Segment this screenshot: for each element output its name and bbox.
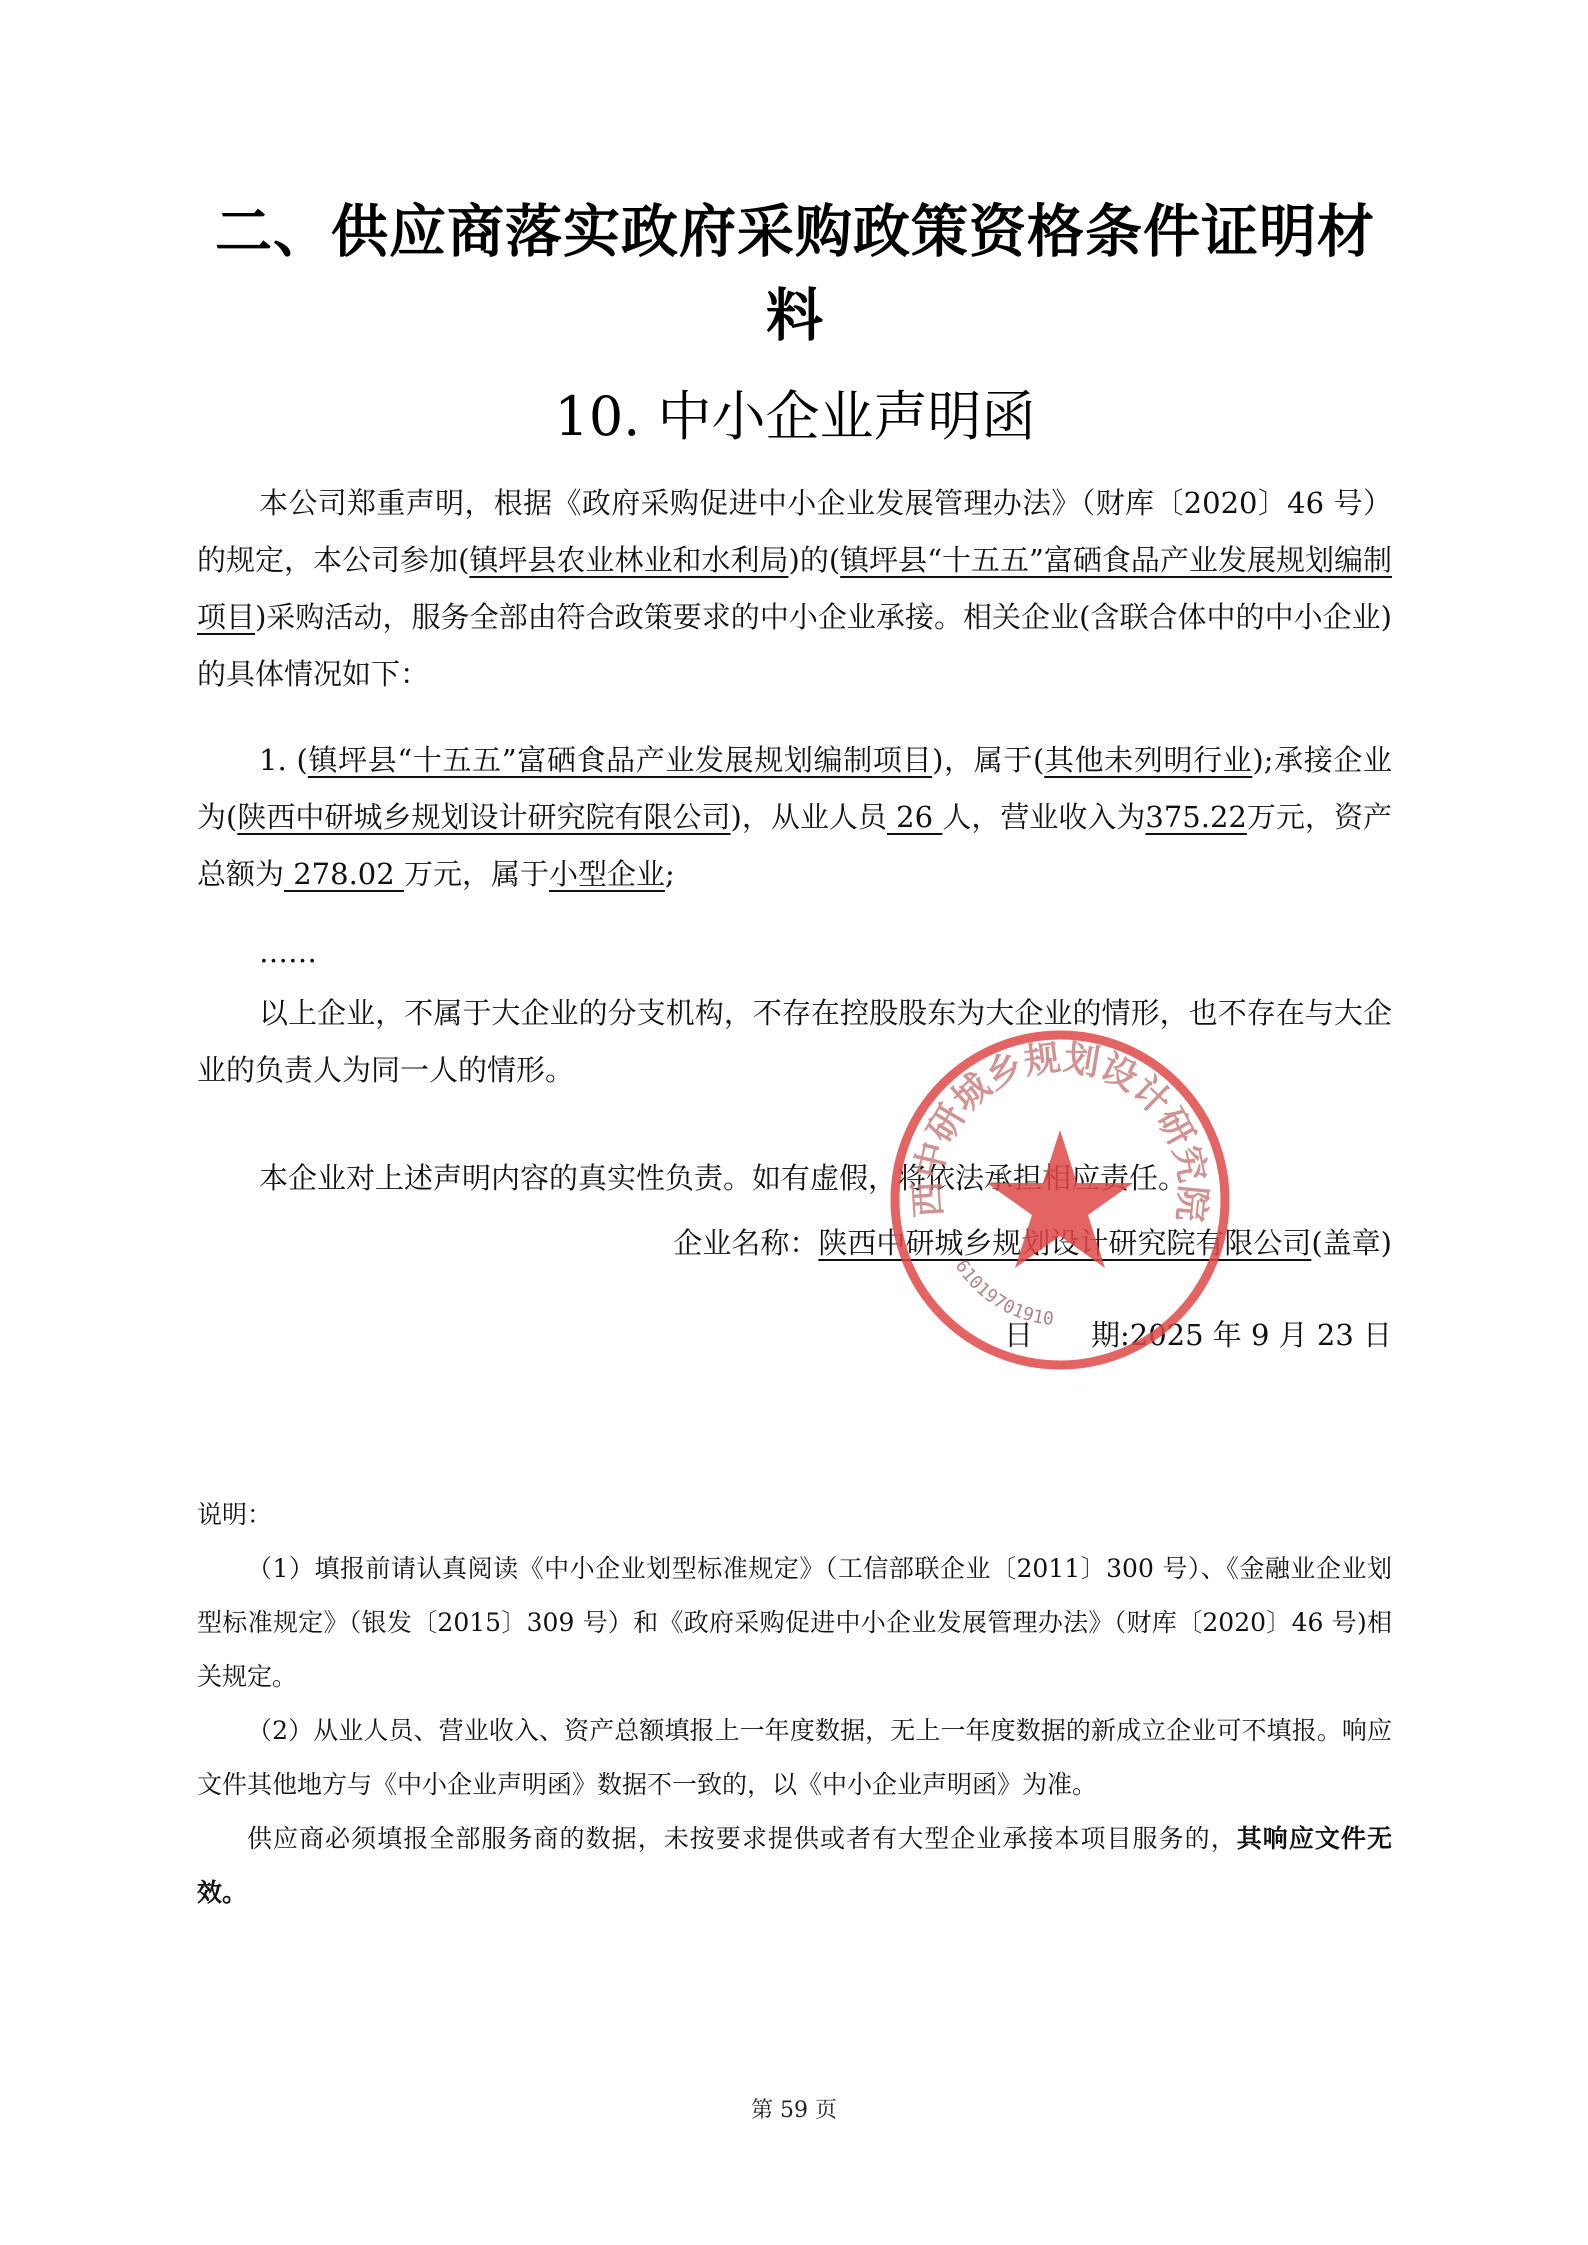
intro-paragraph: 本公司郑重声明，根据《政府采购促进中小企业发展管理办法》（财库〔2020〕46 … (197, 475, 1392, 703)
item-end: ; (665, 857, 675, 891)
page-number: 第 59 页 (0, 2093, 1588, 2124)
statement-independence: 以上企业，不属于大企业的分支机构，不存在控股股东为大企业的情形，也不存在与大企业… (197, 985, 1392, 1099)
enterprise-item: 1. (镇坪县“十五五”富硒食品产业发展规划编制项目)，属于(其他未列明行业);… (197, 732, 1392, 903)
section-title-line-1: 二、供应商落实政府采购政策资格条件证明材 (190, 190, 1400, 274)
note-item-2: （2）从业人员、营业收入、资产总额填报上一年度数据，无上一年度数据的新成立企业可… (197, 1704, 1392, 1812)
item-belongs-label: )，属于( (932, 743, 1044, 777)
purchaser-name: 镇坪县农业林业和水利局 (469, 543, 788, 577)
notes-heading: 说明： (197, 1488, 1392, 1542)
item-enterprise-type: 小型企业 (549, 857, 665, 891)
seal-note: (盖章) (1311, 1226, 1392, 1260)
item-employees-label: )，从业人员 (731, 800, 887, 834)
note-item-3-text: 供应商必须填报全部服务商的数据，未按要求提供或者有大型企业承接本项目服务的， (247, 1824, 1237, 1853)
note-item-1: （1）填报前请认真阅读《中小企业划型标准规定》（工信部联企业〔2011〕300 … (197, 1542, 1392, 1704)
item-employees-unit: 人，营业收入为 (942, 800, 1145, 834)
statement-truthfulness: 本企业对上述声明内容的真实性负责。如有虚假，将依法承担相应责任。 (197, 1150, 1392, 1207)
section-title-line-2: 料 (190, 274, 1400, 358)
date-value: 2025 年 9 月 23 日 (1130, 1318, 1392, 1352)
item-project: 镇坪县“十五五”富硒食品产业发展规划编制项目 (308, 743, 932, 777)
item-assets-unit: 万元，属于 (404, 857, 549, 891)
section-title: 二、供应商落实政府采购政策资格条件证明材 料 (190, 190, 1400, 358)
note-item-3: 供应商必须填报全部服务商的数据，未按要求提供或者有大型企业承接本项目服务的，其响… (197, 1812, 1392, 1920)
item-industry: 其他未列明行业 (1044, 743, 1252, 777)
company-name: 陕西中研城乡规划设计研究院有限公司 (818, 1226, 1311, 1260)
form-title: 10. 中小企业声明函 (190, 382, 1400, 452)
ellipsis: …… (197, 924, 1392, 981)
item-revenue: 375.22 (1145, 800, 1246, 834)
item-assets: 278.02 (284, 857, 404, 891)
signature-company: 企业名称：陕西中研城乡规划设计研究院有限公司(盖章) (197, 1215, 1392, 1272)
document-page: 二、供应商落实政府采购政策资格条件证明材 料 10. 中小企业声明函 本公司郑重… (0, 0, 1588, 2245)
item-prefix: 1. ( (259, 743, 308, 777)
item-employees: 26 (887, 800, 942, 834)
date-label: 日 期: (1004, 1318, 1130, 1352)
company-label: 企业名称： (673, 1226, 818, 1260)
intro-text-c: )采购活动，服务全部由符合政策要求的中小企业承接。相关企业(含联合体中的中小企业… (197, 600, 1392, 691)
signature-date: 日 期:2025 年 9 月 23 日 (197, 1307, 1392, 1364)
intro-text-b: )的( (789, 543, 841, 577)
item-contractor: 陕西中研城乡规划设计研究院有限公司 (237, 800, 730, 834)
